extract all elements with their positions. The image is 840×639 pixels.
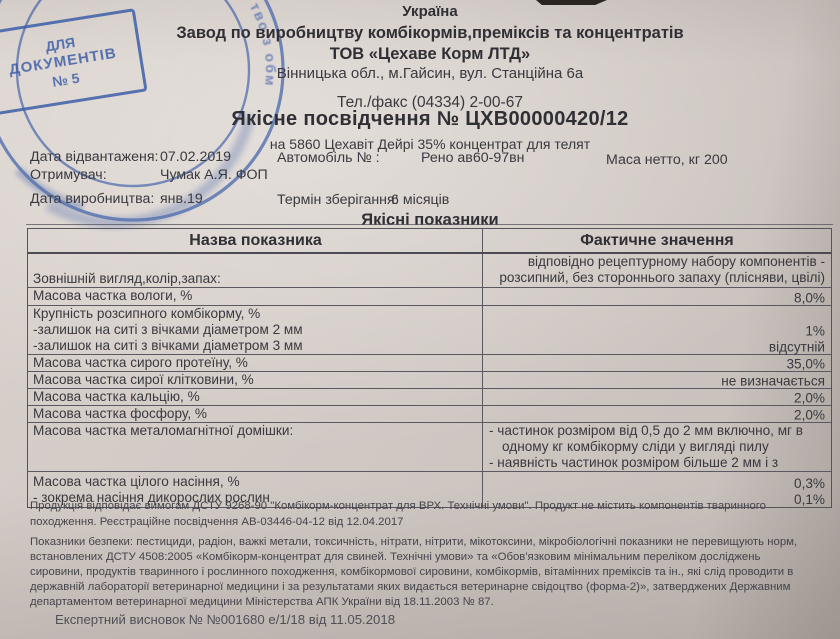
certificate-title: Якісне посвідчення № ЦХВ00000420/12 [20, 108, 840, 131]
production-date-value: янв.19 [160, 191, 203, 207]
column-header-name: Назва показника [28, 229, 483, 252]
safety-text-line: державній лабораторії ветеринарної медиц… [30, 581, 790, 593]
receiver-value: Чумак А.Я. ФОП [160, 167, 268, 183]
indicator-label: Масова частка металомагнітної домішки: [33, 423, 293, 438]
shelf-life-value: 6 місяців [391, 192, 449, 208]
column-header-value: Фактичне значення [483, 229, 831, 252]
indicator-label: Крупність розсипного комбікорму, % [33, 306, 478, 322]
indicator-value-cell: не визначається [483, 372, 831, 388]
indicator-value-cell: - частинок розміром від 0,5 до 2 мм вклю… [483, 423, 831, 471]
ship-date-label: Дата відвантаженя: [30, 149, 159, 165]
indicator-value-cell: 2,0% [483, 406, 831, 422]
indicator-name-cell: Масова частка кальцію, % [28, 389, 483, 405]
indicator-value: одному кг комбікорму сліди у вигляді пил… [489, 439, 825, 455]
indicator-value: відсутній [489, 340, 825, 356]
indicator-label: Масова частка цілого насіння, % [33, 474, 478, 490]
indicator-name-cell: Масова частка металомагнітної домішки: [28, 423, 483, 471]
vehicle-label: Автомобіль № : [277, 150, 380, 166]
table-row: Масова частка фосфору, % 2,0% [28, 406, 831, 423]
header-factory-line: Завод по виробництву комбікормів,премікс… [20, 24, 840, 43]
indicator-value: розсипний, без стороннього запаху (плісн… [489, 270, 825, 286]
indicator-value: 1% [489, 324, 825, 340]
compliance-text-line: Продукція відповідає вимогам ДСТУ 9268-9… [30, 500, 766, 512]
indicator-name-cell: Зовнішній вигляд,колір,запах: [28, 254, 483, 287]
table-row: Масова частка сирої клітковини, % не виз… [28, 372, 831, 389]
table-row: Зовнішній вигляд,колір,запах: відповідно… [28, 254, 831, 288]
header-address: Вінницька обл., м.Гайсин, вул. Станційна… [20, 65, 840, 82]
indicator-value: - наявність частинок розміром більше 2 м… [489, 455, 825, 471]
indicator-value: не визначається [489, 374, 825, 390]
indicator-value: 2,0% [489, 408, 825, 424]
indicator-value: 35,0% [489, 357, 825, 373]
indicator-name-cell: Крупність розсипного комбікорму, % -зали… [28, 306, 483, 354]
safety-text-line: встановлених ДСТУ 4508:2005 «Комбікорм-к… [30, 551, 760, 563]
indicator-value: 0,3% [489, 476, 825, 492]
indicator-label: Масова частка сирої клітковини, % [33, 372, 254, 387]
indicator-label: Масова частка кальцію, % [33, 389, 200, 404]
table-row: Масова частка металомагнітної домішки: -… [28, 423, 831, 472]
indicator-value: - частинок розміром від 0,5 до 2 мм вклю… [489, 423, 825, 439]
indicator-name-cell: Масова частка вологи, % [28, 288, 483, 305]
indicator-value-cell: 35,0% [483, 355, 831, 371]
table-header-row: Назва показника Фактичне значення [28, 229, 831, 254]
indicator-value: 8,0% [489, 291, 825, 307]
indicator-label: Масова частка фосфору, % [33, 406, 207, 421]
compliance-text-line: походження. Реєстраційне посвідчення АВ-… [30, 516, 404, 528]
indicator-value-cell: 2,0% [483, 389, 831, 405]
ship-date-value: 07.02.2019 [160, 149, 231, 165]
table-row: Крупність розсипного комбікорму, % -зали… [28, 306, 831, 355]
safety-text-line: департаментом ветеринарної медицини Міні… [30, 596, 494, 608]
indicator-name-cell: Масова частка сирого протеїну, % [28, 355, 483, 371]
receiver-label: Отримувач: [30, 167, 107, 183]
safety-text-line: сировини, продуктів тваринного і рослинн… [30, 566, 793, 578]
table-row: Масова частка вологи, % 8,0% [28, 288, 831, 306]
indicator-label: Масова частка вологи, % [33, 288, 192, 303]
table-row: Масова частка сирого протеїну, % 35,0% [28, 355, 831, 372]
header-country: Україна [20, 3, 840, 20]
indicator-label: Зовнішній вигляд,колір,запах: [33, 271, 478, 287]
document-scan: тво з обм ДЛЯ ДОКУМЕНТІВ № 5 Україна Зав… [0, 0, 840, 639]
vehicle-value: Рено ав60-97вн [421, 150, 524, 166]
indicator-label: Масова частка сирого протеїну, % [33, 355, 248, 370]
expert-conclusion-line: Експертний висновок № №001680 е/1/18 від… [55, 612, 395, 627]
indicator-value-cell: 8,0% [483, 288, 831, 305]
indicator-name-cell: Масова частка фосфору, % [28, 406, 483, 422]
safety-text-line: Показники безпеки: пестициди, радіон, ва… [30, 536, 797, 548]
header-company: ТОВ «Цехаве Корм ЛТД» [20, 45, 840, 64]
shelf-life-label: Термін зберігання: [277, 192, 399, 208]
indicator-value-cell: відповідно рецептурному набору компонент… [483, 254, 831, 287]
indicator-value-cell: 1% відсутній [483, 306, 831, 354]
net-mass: Маса нетто, кг 200 [606, 152, 728, 168]
indicator-label: -залишок на ситі з вічками діаметром 3 м… [33, 338, 478, 354]
quality-indicators-table: Назва показника Фактичне значення Зовніш… [27, 228, 832, 508]
indicator-value: 2,0% [489, 391, 825, 407]
production-date-label: Дата виробництва: [30, 191, 154, 207]
indicator-value: відповідно рецептурному набору компонент… [489, 254, 825, 270]
table-row: Масова частка кальцію, % 2,0% [28, 389, 831, 406]
indicator-label: -залишок на ситі з вічками діаметром 2 м… [33, 322, 478, 338]
indicator-name-cell: Масова частка сирої клітковини, % [28, 372, 483, 388]
